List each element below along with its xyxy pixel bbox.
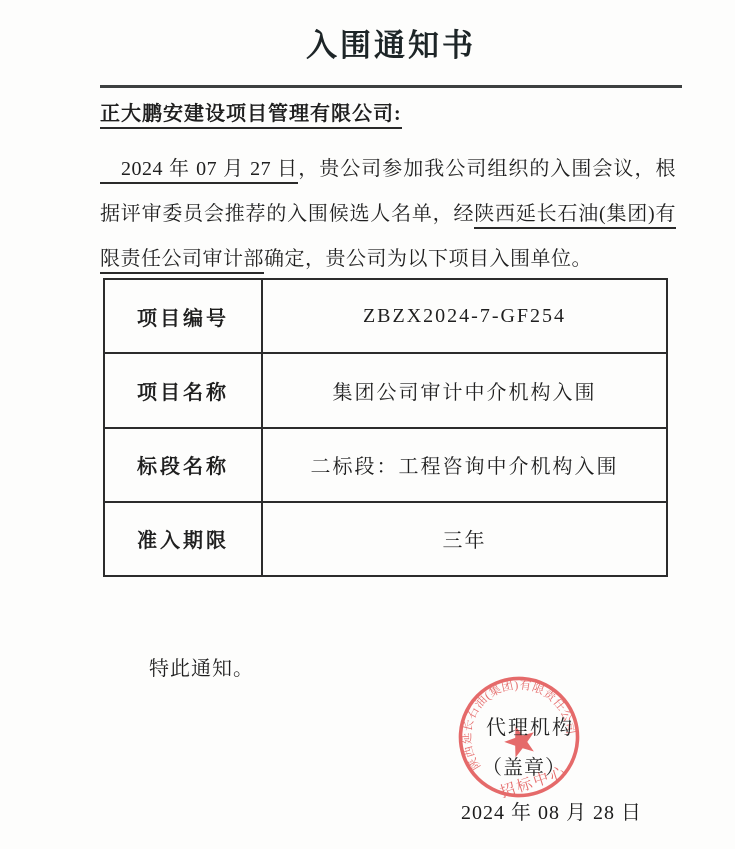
page-title: 入围通知书: [100, 20, 682, 65]
table-row: 项目名称 集团公司审计中介机构入围: [105, 354, 666, 428]
addressee-company-name: 正大鹏安建设项目管理有限公司:: [100, 103, 402, 129]
paragraph-line-3: 限责任公司审计部确定，贵公司为以下项目入围单位。: [100, 237, 676, 282]
paragraph-line-2-text: 据评审委员会推荐的入围候选人名单，经: [100, 203, 474, 225]
table-row: 标段名称 二标段：工程咨询中介机构入围: [105, 429, 666, 503]
bid-section-value: 二标段：工程咨询中介机构入围: [263, 429, 666, 501]
access-period-label: 准入期限: [105, 503, 263, 575]
project-number-value: ZBZX2024-7-GF254: [263, 280, 666, 352]
scanned-notice-page: 入围通知书 正大鹏安建设项目管理有限公司: 2024 年 07 月 27 日，贵…: [0, 0, 735, 849]
title-divider: [100, 85, 682, 88]
paragraph-line-1-text: ，贵公司参加我公司组织的入围会议，根: [298, 158, 676, 180]
project-name-value: 集团公司审计中介机构入围: [263, 354, 666, 426]
project-name-label: 项目名称: [105, 354, 263, 426]
body-paragraph: 2024 年 07 月 27 日，贵公司参加我公司组织的入围会议，根 据评审委员…: [100, 147, 676, 282]
meeting-date-underlined: 2024 年 07 月 27 日: [100, 158, 298, 184]
seal-here-label: （盖章）: [482, 751, 566, 780]
paragraph-line-2: 据评审委员会推荐的入围候选人名单，经陕西延长石油(集团)有: [100, 192, 676, 237]
paragraph-line-3-text: 确定，贵公司为以下项目入围单位。: [264, 248, 592, 270]
company-name-underlined-part1: 陕西延长石油(集团)有: [474, 203, 676, 229]
paragraph-line-1: 2024 年 07 月 27 日，贵公司参加我公司组织的入围会议，根: [100, 147, 676, 192]
company-name-underlined-part2: 限责任公司审计部: [100, 248, 264, 274]
table-row: 准入期限 三年: [105, 503, 666, 575]
project-info-table: 项目编号 ZBZX2024-7-GF254 项目名称 集团公司审计中介机构入围 …: [103, 278, 668, 577]
table-row: 项目编号 ZBZX2024-7-GF254: [105, 280, 666, 354]
project-number-label: 项目编号: [105, 280, 263, 352]
agency-label: 代理机构: [486, 711, 574, 740]
bid-section-label: 标段名称: [105, 429, 263, 501]
access-period-value: 三年: [263, 503, 666, 575]
closing-statement: 特此通知。: [149, 652, 254, 681]
issue-date: 2024 年 08 月 28 日: [461, 796, 642, 825]
addressee-line: 正大鹏安建设项目管理有限公司:: [100, 97, 402, 126]
